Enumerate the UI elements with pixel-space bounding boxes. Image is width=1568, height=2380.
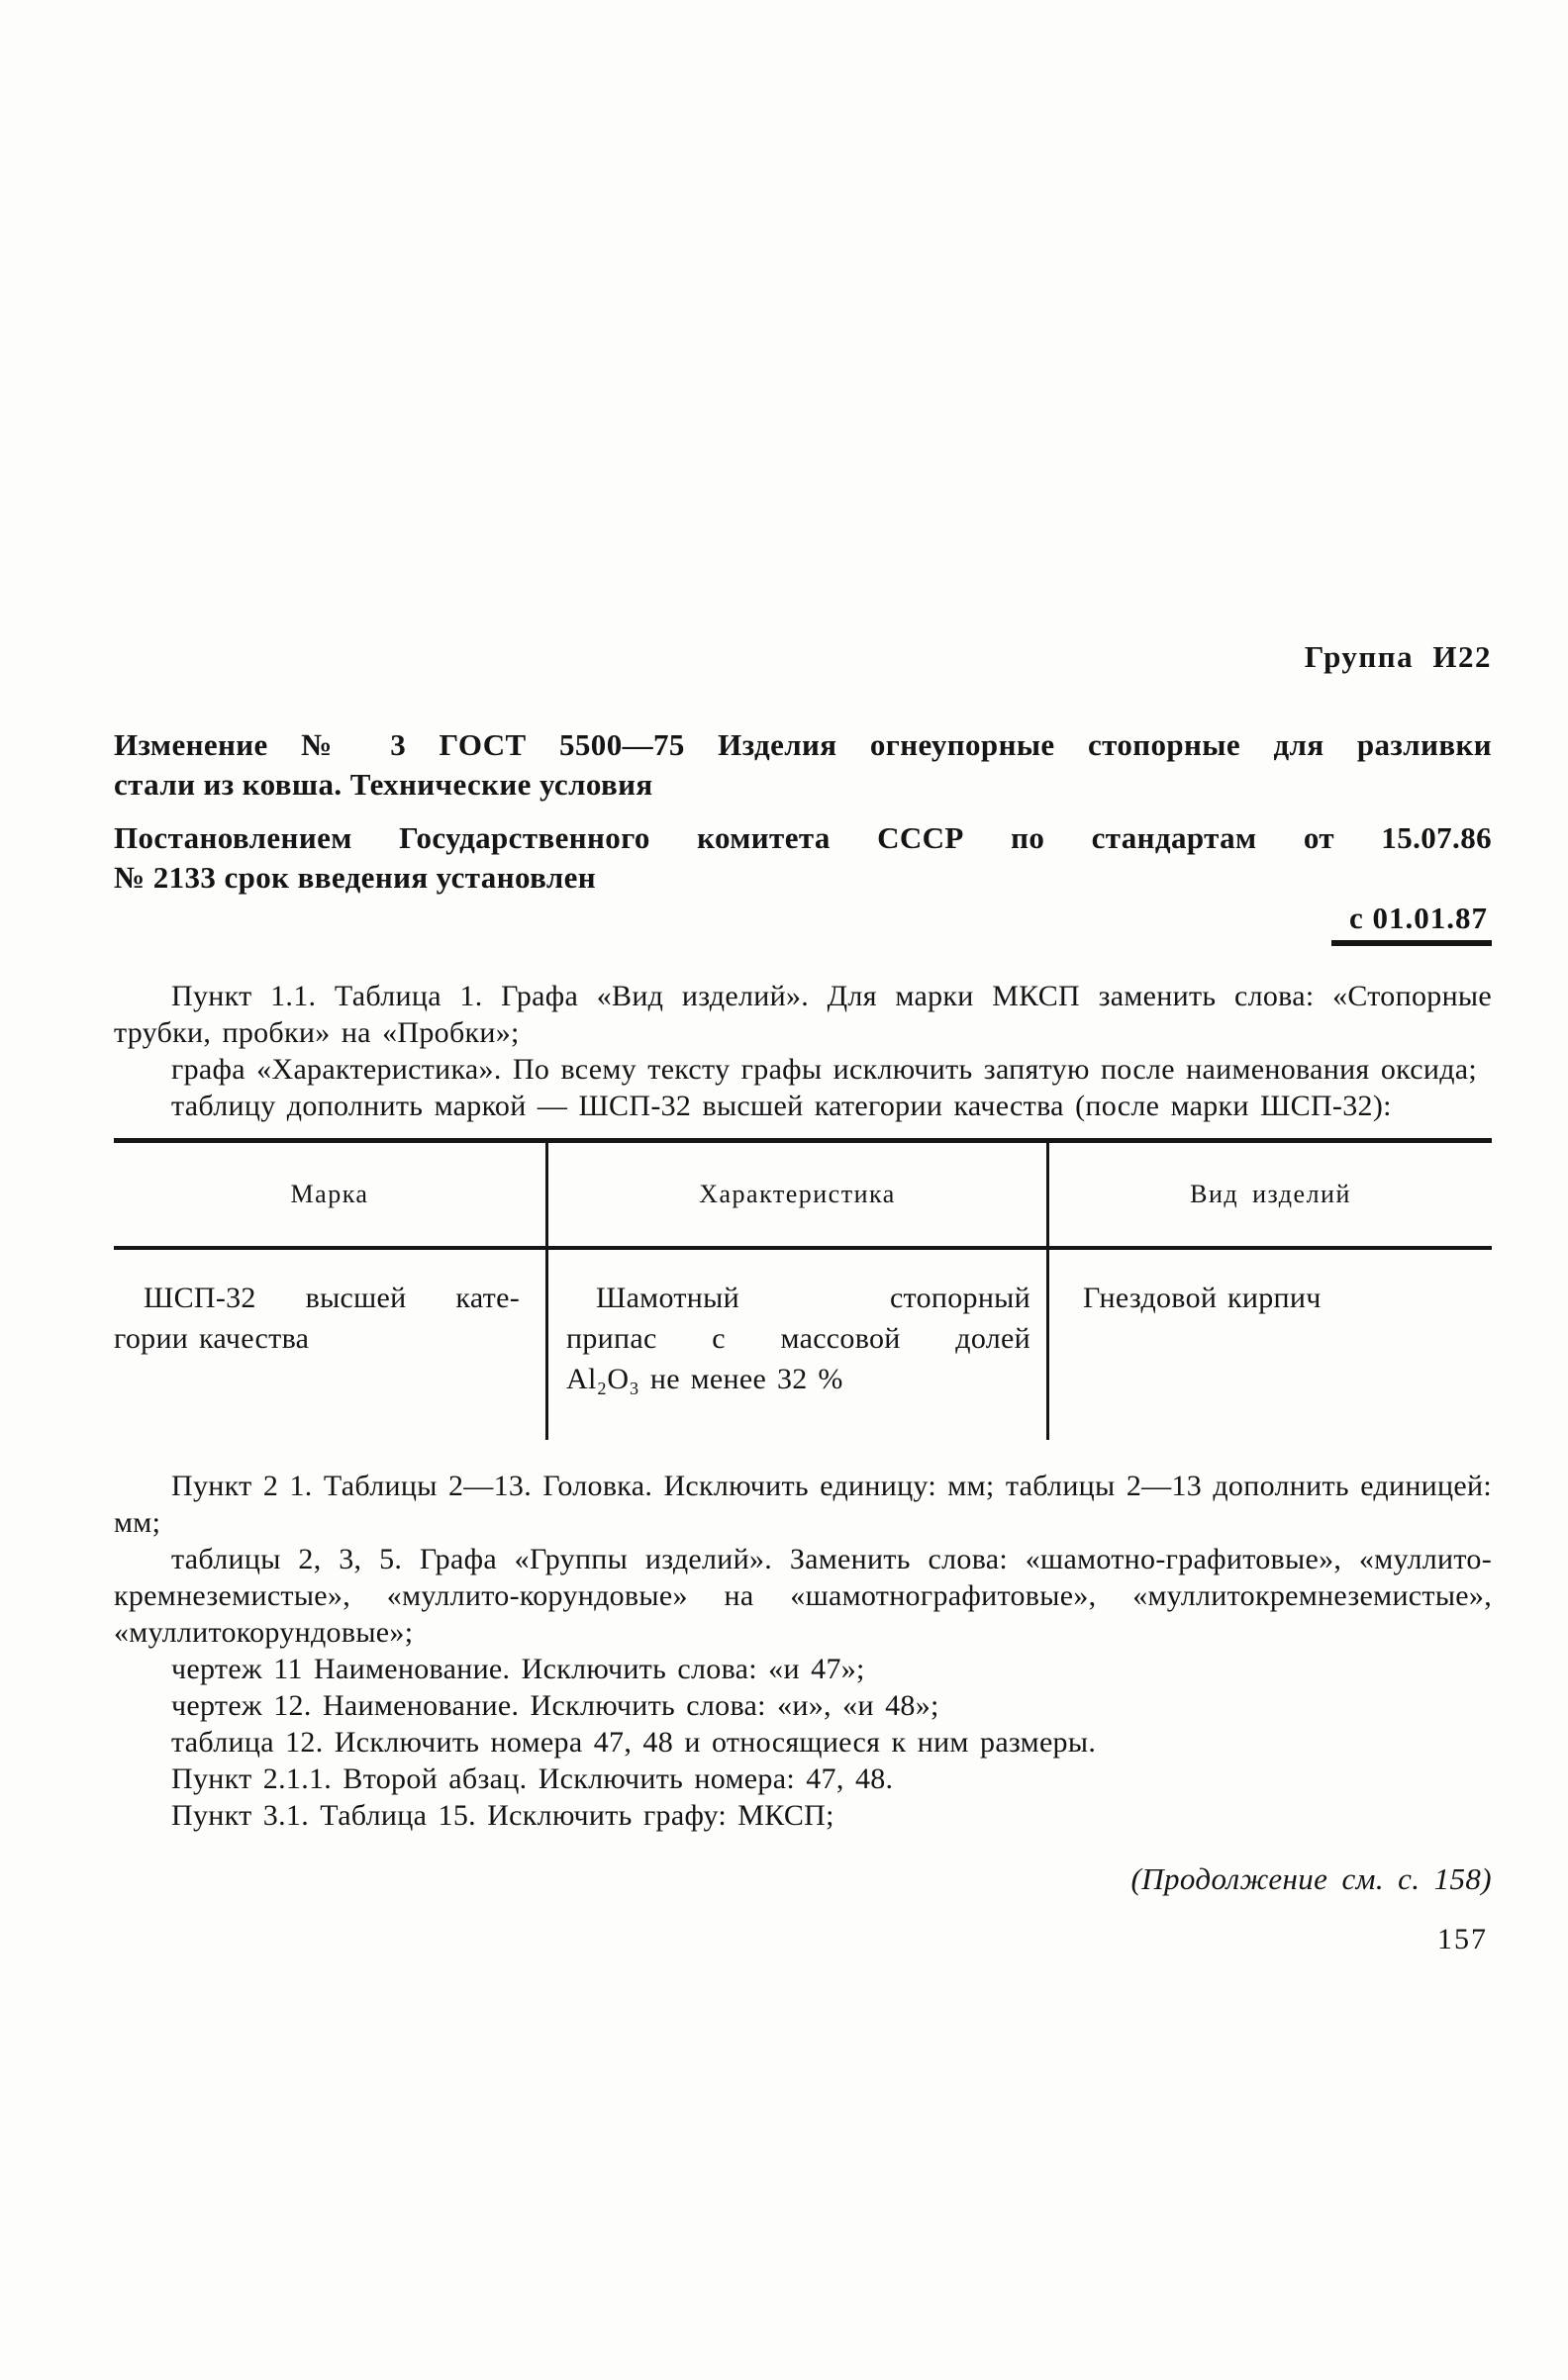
- table-header-row: Марка Характеристика Вид изделий: [114, 1143, 1492, 1246]
- table-header-marka: Марка: [114, 1143, 545, 1246]
- paragraph-punkt-3-1: Пункт 3.1. Таблица 15. Исключить графу: …: [114, 1797, 1492, 1834]
- group-label: Группа И22: [114, 638, 1492, 676]
- effective-date-row: с 01.01.87: [114, 902, 1492, 946]
- body-before-table: Пункт 1.1. Таблица 1. Графа «Вид изделий…: [114, 978, 1492, 1124]
- effective-date: с 01.01.87: [1331, 902, 1492, 946]
- table-row: ШСП-32 высшей кате- гории качества Шамот…: [114, 1250, 1492, 1440]
- paragraph-chertezh-12: чертеж 12. Наименование. Исключить слова…: [114, 1687, 1492, 1724]
- decree-line-1: Постановлением Государственного комитета…: [114, 818, 1492, 858]
- decree-line-2: № 2133 срок введения установлен: [114, 858, 1492, 898]
- paragraph-grafa-kharakteristika: графа «Характеристика». По всему тексту …: [114, 1051, 1492, 1088]
- amendment-title-line-1: Изменение № 3 ГОСТ 5500—75 Изделия огнеу…: [114, 725, 1492, 765]
- marka-line-2: гории качества: [114, 1318, 520, 1359]
- marka-line-1: ШСП-32 высшей кате-: [114, 1278, 520, 1318]
- amendment-title-line-2: стали из ковша. Технические условия: [114, 765, 1492, 805]
- kharakteristika-line-1: Шамотный стопорный: [566, 1278, 1030, 1318]
- kharakteristika-line-2: припас с массовой долей: [566, 1318, 1030, 1359]
- amendment-table: Марка Характеристика Вид изделий ШСП-32 …: [114, 1138, 1492, 1440]
- decree-text: Постановлением Государственного комитета…: [114, 818, 1492, 898]
- paragraph-tablitsy-2-3-5: таблицы 2, 3, 5. Графа «Группы изделий».…: [114, 1541, 1492, 1651]
- paragraph-tablitsa-12: таблица 12. Исключить номера 47, 48 и от…: [114, 1724, 1492, 1761]
- table-cell-marka: ШСП-32 высшей кате- гории качества: [114, 1250, 545, 1440]
- kharakteristika-line-3: Al₂O₃ не менее 32 %: [566, 1359, 1030, 1399]
- table-cell-kharakteristika: Шамотный стопорный припас с массовой дол…: [545, 1250, 1049, 1440]
- table-header-vid-izdeliy: Вид изделий: [1049, 1143, 1492, 1246]
- body-after-table: Пункт 2 1. Таблицы 2—13. Головка. Исключ…: [114, 1468, 1492, 1834]
- table-cell-vid-izdeliy: Гнездовой кирпич: [1049, 1250, 1492, 1440]
- continuation-note: (Продолжение см. с. 158): [114, 1861, 1492, 1897]
- paragraph-tablitsu-dopolnit: таблицу дополнить маркой — ШСП-32 высшей…: [114, 1088, 1492, 1124]
- paragraph-punkt-2-1: Пункт 2 1. Таблицы 2—13. Головка. Исключ…: [114, 1468, 1492, 1541]
- paragraph-punkt-1-1: Пункт 1.1. Таблица 1. Графа «Вид изделий…: [114, 978, 1492, 1051]
- page-number: 157: [114, 1923, 1492, 1956]
- paragraph-punkt-2-1-1: Пункт 2.1.1. Второй абзац. Исключить ном…: [114, 1761, 1492, 1797]
- amendment-title: Изменение № 3 ГОСТ 5500—75 Изделия огнеу…: [114, 725, 1492, 805]
- paragraph-chertezh-11: чертеж 11 Наименование. Исключить слова:…: [114, 1651, 1492, 1687]
- table-header-kharakteristika: Характеристика: [545, 1143, 1049, 1246]
- document-page: Группа И22 Изменение № 3 ГОСТ 5500—75 Из…: [0, 0, 1568, 2380]
- page-content: Группа И22 Изменение № 3 ГОСТ 5500—75 Из…: [114, 638, 1492, 1956]
